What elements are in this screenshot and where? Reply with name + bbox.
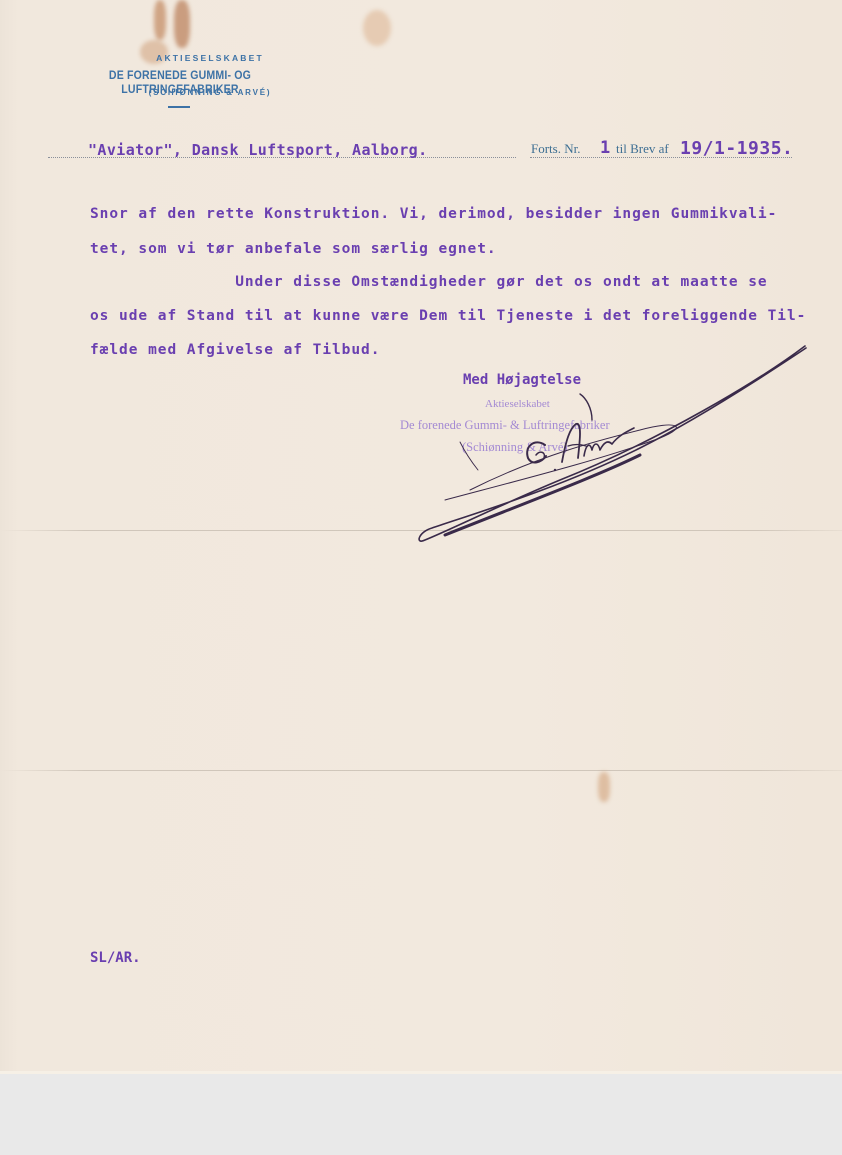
forts-nr-value: 1 xyxy=(600,138,610,158)
fold-line xyxy=(0,530,842,531)
til-brev-label: til Brev af xyxy=(616,141,669,157)
closing-salutation: Med Højagtelse xyxy=(463,372,581,388)
body-line: Snor af den rette Konstruktion. Vi, deri… xyxy=(90,206,777,222)
stain-mark xyxy=(154,0,166,40)
typist-initials: SL/AR. xyxy=(90,950,141,966)
fold-line xyxy=(0,770,842,771)
forts-nr-label: Forts. Nr. xyxy=(531,141,580,157)
addressee: "Aviator", Dansk Luftsport, Aalborg. xyxy=(88,141,428,159)
company-stamp-line: De forenede Gummi- & Luftringefabriker xyxy=(400,418,610,433)
company-stamp-line: Aktieselskabet xyxy=(485,398,550,410)
letter-paper xyxy=(0,0,842,1073)
letterhead-owners: (SCHIØNNING & ARVÉ) xyxy=(80,88,340,97)
company-stamp-line: (Schiønning & Arvé) xyxy=(462,440,568,455)
letterhead-rule xyxy=(168,106,190,108)
stain-mark xyxy=(174,0,190,48)
body-line: tet, som vi tør anbefale som særlig egne… xyxy=(90,241,497,257)
letter-date: 19/1-1935. xyxy=(680,138,793,159)
letterhead-company-type: AKTIESELSKABET xyxy=(80,53,340,63)
stain-mark xyxy=(598,772,610,802)
body-line: Under disse Omstændigheder gør det os on… xyxy=(90,274,768,290)
paper-bottom-edge xyxy=(0,1071,842,1074)
body-line: os ude af Stand til at kunne være Dem ti… xyxy=(90,308,806,324)
body-line: fælde med Afgivelse af Tilbud. xyxy=(90,342,380,358)
stain-mark xyxy=(363,10,391,46)
